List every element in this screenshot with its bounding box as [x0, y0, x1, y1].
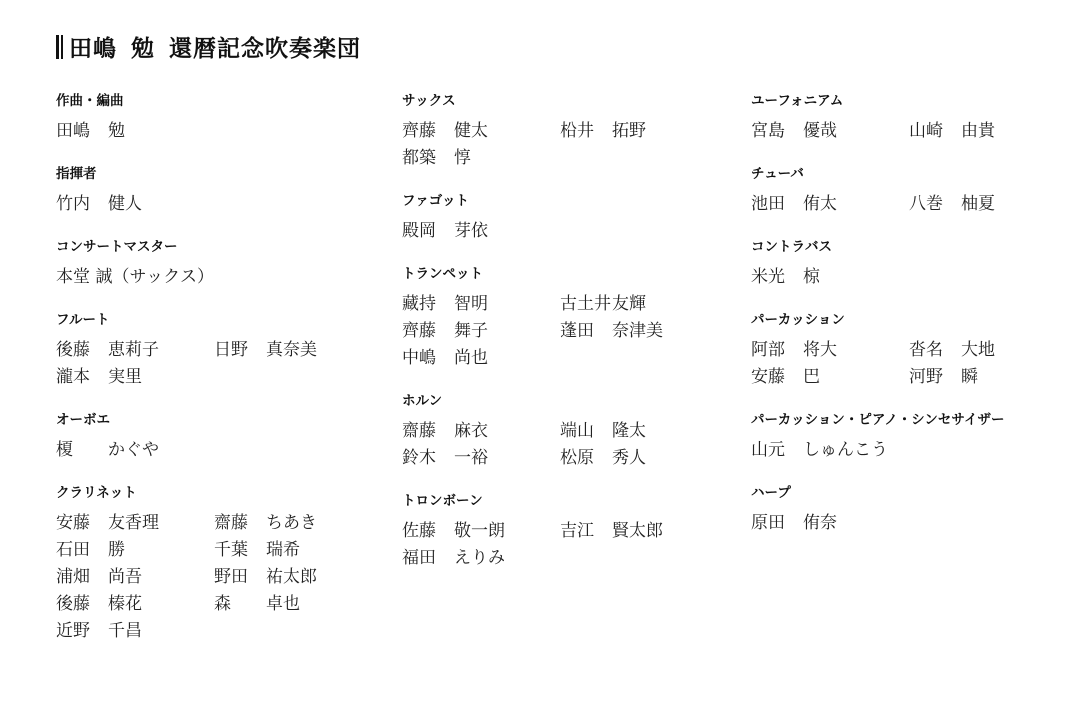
member-section: コンサートマスター本堂誠（サックス）: [56, 236, 394, 291]
member-name: 森卓也: [214, 591, 394, 618]
member-family-name: 後藤: [56, 337, 108, 364]
member-section: 指揮者竹内健人: [56, 163, 394, 218]
member-given-name: かぐや: [108, 437, 159, 464]
member-name: 原田侑奈: [751, 510, 909, 537]
member-list: 安藤友香理齋藤ちあき石田勝千葉瑞希浦畑尚吾野田祐太郎後藤榛花森卓也近野千昌: [56, 510, 394, 645]
member-name: 竹内健人: [56, 191, 214, 218]
member-given-name: 誠（サックス）: [96, 264, 215, 291]
member-name: 浦畑尚吾: [56, 564, 214, 591]
member-name: 日野真奈美: [214, 337, 394, 364]
section-heading: フルート: [56, 309, 394, 331]
member-name: 野田祐太郎: [214, 564, 394, 591]
member-name: 沓名大地: [909, 337, 1083, 364]
member-given-name: 友香理: [108, 510, 159, 537]
member-name: 山崎由貴: [909, 118, 1083, 145]
member-family-name: 鈴木: [402, 445, 454, 472]
member-family-name: 宮島: [751, 118, 803, 145]
member-family-name: 原田: [751, 510, 803, 537]
section-heading: ファゴット: [402, 190, 740, 212]
member-given-name: 椋: [803, 264, 820, 291]
member-section: 作曲・編曲田嶋勉: [56, 90, 394, 145]
member-name: 阿部将大: [751, 337, 909, 364]
member-name: 齋藤ちあき: [214, 510, 394, 537]
member-name: 蓬田奈津美: [560, 318, 740, 345]
member-name: 鈴木一裕: [402, 445, 560, 472]
member-family-name: 安藤: [751, 364, 803, 391]
page-title: 田嶋 勉 還暦記念吹奏楽団: [56, 30, 361, 63]
member-given-name: 健太: [454, 118, 488, 145]
member-section: チューバ池田侑太八巻柚夏: [751, 163, 1083, 218]
member-given-name: 尚吾: [108, 564, 142, 591]
member-family-name: 近野: [56, 618, 108, 645]
member-given-name: 大地: [961, 337, 995, 364]
member-given-name: 一裕: [454, 445, 488, 472]
member-family-name: 齊藤: [402, 118, 454, 145]
section-heading: コンサートマスター: [56, 236, 394, 258]
section-heading: 作曲・編曲: [56, 90, 394, 112]
member-family-name: 沓名: [909, 337, 961, 364]
member-given-name: 賢太郎: [612, 518, 663, 545]
member-name: 後藤恵莉子: [56, 337, 214, 364]
member-given-name: 勝: [108, 537, 125, 564]
member-name: 後藤榛花: [56, 591, 214, 618]
member-given-name: しゅんこう: [803, 437, 888, 464]
member-family-name: 野田: [214, 564, 266, 591]
section-heading: パーカッション・ピアノ・シンセサイザー: [751, 409, 1083, 431]
member-given-name: 敬一朗: [454, 518, 505, 545]
member-family-name: 田嶋: [56, 118, 108, 145]
member-section: ホルン齋藤麻衣端山隆太鈴木一裕松原秀人: [402, 390, 740, 472]
member-given-name: 舞子: [454, 318, 488, 345]
member-section: パーカッション・ピアノ・シンセサイザー山元しゅんこう: [751, 409, 1083, 464]
member-name: 古土井友輝: [560, 291, 740, 318]
section-heading: クラリネット: [56, 482, 394, 504]
member-given-name: 恵莉子: [108, 337, 159, 364]
member-given-name: 健人: [108, 191, 142, 218]
member-family-name: 中嶋: [402, 345, 454, 372]
member-list: 宮島優哉山崎由貴: [751, 118, 1083, 145]
member-family-name: 齊藤: [402, 318, 454, 345]
member-given-name: 巴: [803, 364, 820, 391]
section-heading: ホルン: [402, 390, 740, 412]
member-family-name: 浦畑: [56, 564, 108, 591]
member-list: 原田侑奈: [751, 510, 1083, 537]
column-left: 作曲・編曲田嶋勉指揮者竹内健人コンサートマスター本堂誠（サックス）フルート後藤恵…: [56, 90, 394, 663]
member-section: パーカッション阿部将大沓名大地安藤巴河野瞬: [751, 309, 1083, 391]
member-name: 佐藤敬一朗: [402, 518, 560, 545]
member-given-name: 芽依: [454, 218, 488, 245]
member-given-name: 由貴: [961, 118, 995, 145]
member-section: ユーフォニアム宮島優哉山崎由貴: [751, 90, 1083, 145]
member-section: トランペット藏持智明古土井友輝齊藤舞子蓬田奈津美中嶋尚也: [402, 263, 740, 372]
member-given-name: 瞬: [961, 364, 978, 391]
member-list: 佐藤敬一朗吉江賢太郎福田えりみ: [402, 518, 740, 572]
member-family-name: 福田: [402, 545, 454, 572]
member-name: 米光椋: [751, 264, 909, 291]
member-name: 瀧本実里: [56, 364, 214, 391]
member-name: 齊藤健太: [402, 118, 560, 145]
title-family-name: 田嶋: [69, 30, 117, 63]
member-name: 安藤友香理: [56, 510, 214, 537]
member-family-name: 山崎: [909, 118, 961, 145]
member-name: 石田勝: [56, 537, 214, 564]
member-section: ファゴット殿岡芽依: [402, 190, 740, 245]
member-given-name: 智明: [454, 291, 488, 318]
member-given-name: 拓野: [612, 118, 646, 145]
member-list: 齊藤健太柗井拓野都築惇: [402, 118, 740, 172]
member-list: 竹内健人: [56, 191, 394, 218]
member-family-name: 柗井: [560, 118, 612, 145]
member-family-name: 松原: [560, 445, 612, 472]
member-name: 河野瞬: [909, 364, 1083, 391]
member-section: オーボエ榎かぐや: [56, 409, 394, 464]
member-family-name: 齋藤: [402, 418, 454, 445]
member-name: 柗井拓野: [560, 118, 740, 145]
member-name: 田嶋勉: [56, 118, 214, 145]
member-list: 米光椋: [751, 264, 1083, 291]
section-heading: チューバ: [751, 163, 1083, 185]
member-list: 山元しゅんこう: [751, 437, 1083, 464]
member-family-name: 佐藤: [402, 518, 454, 545]
section-heading: ハープ: [751, 482, 1083, 504]
member-name: 吉江賢太郎: [560, 518, 740, 545]
member-family-name: 齋藤: [214, 510, 266, 537]
member-name: 齊藤舞子: [402, 318, 560, 345]
member-section: トロンボーン佐藤敬一朗吉江賢太郎福田えりみ: [402, 490, 740, 572]
member-family-name: 石田: [56, 537, 108, 564]
section-heading: パーカッション: [751, 309, 1083, 331]
member-family-name: 安藤: [56, 510, 108, 537]
member-list: 榎かぐや: [56, 437, 394, 464]
member-name: 中嶋尚也: [402, 345, 560, 372]
title-ensemble-name: 還暦記念吹奏楽団: [169, 30, 361, 63]
member-given-name: 榛花: [108, 591, 142, 618]
member-family-name: 八巻: [909, 191, 961, 218]
member-family-name: 吉江: [560, 518, 612, 545]
member-family-name: 後藤: [56, 591, 108, 618]
member-name: 藏持智明: [402, 291, 560, 318]
member-list: 齋藤麻衣端山隆太鈴木一裕松原秀人: [402, 418, 740, 472]
member-name: 安藤巴: [751, 364, 909, 391]
member-given-name: 尚也: [454, 345, 488, 372]
member-list: 本堂誠（サックス）: [56, 264, 394, 291]
column-right: ユーフォニアム宮島優哉山崎由貴チューバ池田侑太八巻柚夏コントラバス米光椋パーカッ…: [751, 90, 1083, 555]
member-given-name: 侑奈: [803, 510, 837, 537]
member-name: 池田侑太: [751, 191, 909, 218]
member-given-name: 将大: [803, 337, 837, 364]
member-name: 端山隆太: [560, 418, 740, 445]
member-section: サックス齊藤健太柗井拓野都築惇: [402, 90, 740, 172]
member-given-name: 真奈美: [266, 337, 317, 364]
section-heading: サックス: [402, 90, 740, 112]
member-given-name: 柚夏: [961, 191, 995, 218]
member-family-name: 瀧本: [56, 364, 108, 391]
member-name: 榎かぐや: [56, 437, 214, 464]
member-given-name: ちあき: [266, 510, 317, 537]
member-given-name: 瑞希: [266, 537, 300, 564]
member-name: 殿岡芽依: [402, 218, 560, 245]
column-middle: サックス齊藤健太柗井拓野都築惇ファゴット殿岡芽依トランペット藏持智明古土井友輝齊…: [402, 90, 740, 590]
member-family-name: 端山: [560, 418, 612, 445]
member-section: コントラバス米光椋: [751, 236, 1083, 291]
member-list: 藏持智明古土井友輝齊藤舞子蓬田奈津美中嶋尚也: [402, 291, 740, 372]
member-name: 都築惇: [402, 145, 560, 172]
member-given-name: 勉: [108, 118, 125, 145]
member-family-name: 池田: [751, 191, 803, 218]
member-name: 宮島優哉: [751, 118, 909, 145]
member-family-name: 日野: [214, 337, 266, 364]
member-family-name: 河野: [909, 364, 961, 391]
member-given-name: 実里: [108, 364, 142, 391]
member-list: 田嶋勉: [56, 118, 394, 145]
member-section: ハープ原田侑奈: [751, 482, 1083, 537]
member-given-name: 麻衣: [454, 418, 488, 445]
member-family-name: 阿部: [751, 337, 803, 364]
title-given-name: 勉: [131, 30, 155, 63]
member-section: クラリネット安藤友香理齋藤ちあき石田勝千葉瑞希浦畑尚吾野田祐太郎後藤榛花森卓也近…: [56, 482, 394, 645]
section-heading: コントラバス: [751, 236, 1083, 258]
member-name: 齋藤麻衣: [402, 418, 560, 445]
member-list: 池田侑太八巻柚夏: [751, 191, 1083, 218]
member-given-name: 隆太: [612, 418, 646, 445]
member-family-name: 都築: [402, 145, 454, 172]
member-given-name: 奈津美: [612, 318, 663, 345]
member-list: 殿岡芽依: [402, 218, 740, 245]
member-name: 近野千昌: [56, 618, 214, 645]
section-heading: オーボエ: [56, 409, 394, 431]
member-given-name: 秀人: [612, 445, 646, 472]
section-heading: 指揮者: [56, 163, 394, 185]
member-name: 松原秀人: [560, 445, 740, 472]
member-given-name: 友輝: [612, 291, 646, 318]
member-family-name: 本堂: [56, 264, 96, 291]
member-name: 山元しゅんこう: [751, 437, 909, 464]
member-family-name: 森: [214, 591, 266, 618]
member-given-name: 祐太郎: [266, 564, 317, 591]
member-family-name: 蓬田: [560, 318, 612, 345]
member-name: 千葉瑞希: [214, 537, 394, 564]
member-family-name: 竹内: [56, 191, 108, 218]
member-name: 八巻柚夏: [909, 191, 1083, 218]
member-family-name: 殿岡: [402, 218, 454, 245]
member-given-name: 卓也: [266, 591, 300, 618]
member-family-name: 米光: [751, 264, 803, 291]
member-section: フルート後藤恵莉子日野真奈美瀧本実里: [56, 309, 394, 391]
section-heading: トロンボーン: [402, 490, 740, 512]
member-list: 阿部将大沓名大地安藤巴河野瞬: [751, 337, 1083, 391]
member-name: 福田えりみ: [402, 545, 560, 572]
member-given-name: 惇: [454, 145, 471, 172]
member-family-name: 榎: [56, 437, 108, 464]
member-list: 後藤恵莉子日野真奈美瀧本実里: [56, 337, 394, 391]
member-family-name: 古土井: [560, 291, 612, 318]
member-family-name: 藏持: [402, 291, 454, 318]
member-name: 本堂誠（サックス）: [56, 264, 214, 291]
member-given-name: えりみ: [454, 545, 505, 572]
title-bar-mark-icon: [56, 35, 63, 59]
member-given-name: 千昌: [108, 618, 142, 645]
section-heading: トランペット: [402, 263, 740, 285]
member-given-name: 優哉: [803, 118, 837, 145]
member-given-name: 侑太: [803, 191, 837, 218]
section-heading: ユーフォニアム: [751, 90, 1083, 112]
member-family-name: 山元: [751, 437, 803, 464]
member-family-name: 千葉: [214, 537, 266, 564]
